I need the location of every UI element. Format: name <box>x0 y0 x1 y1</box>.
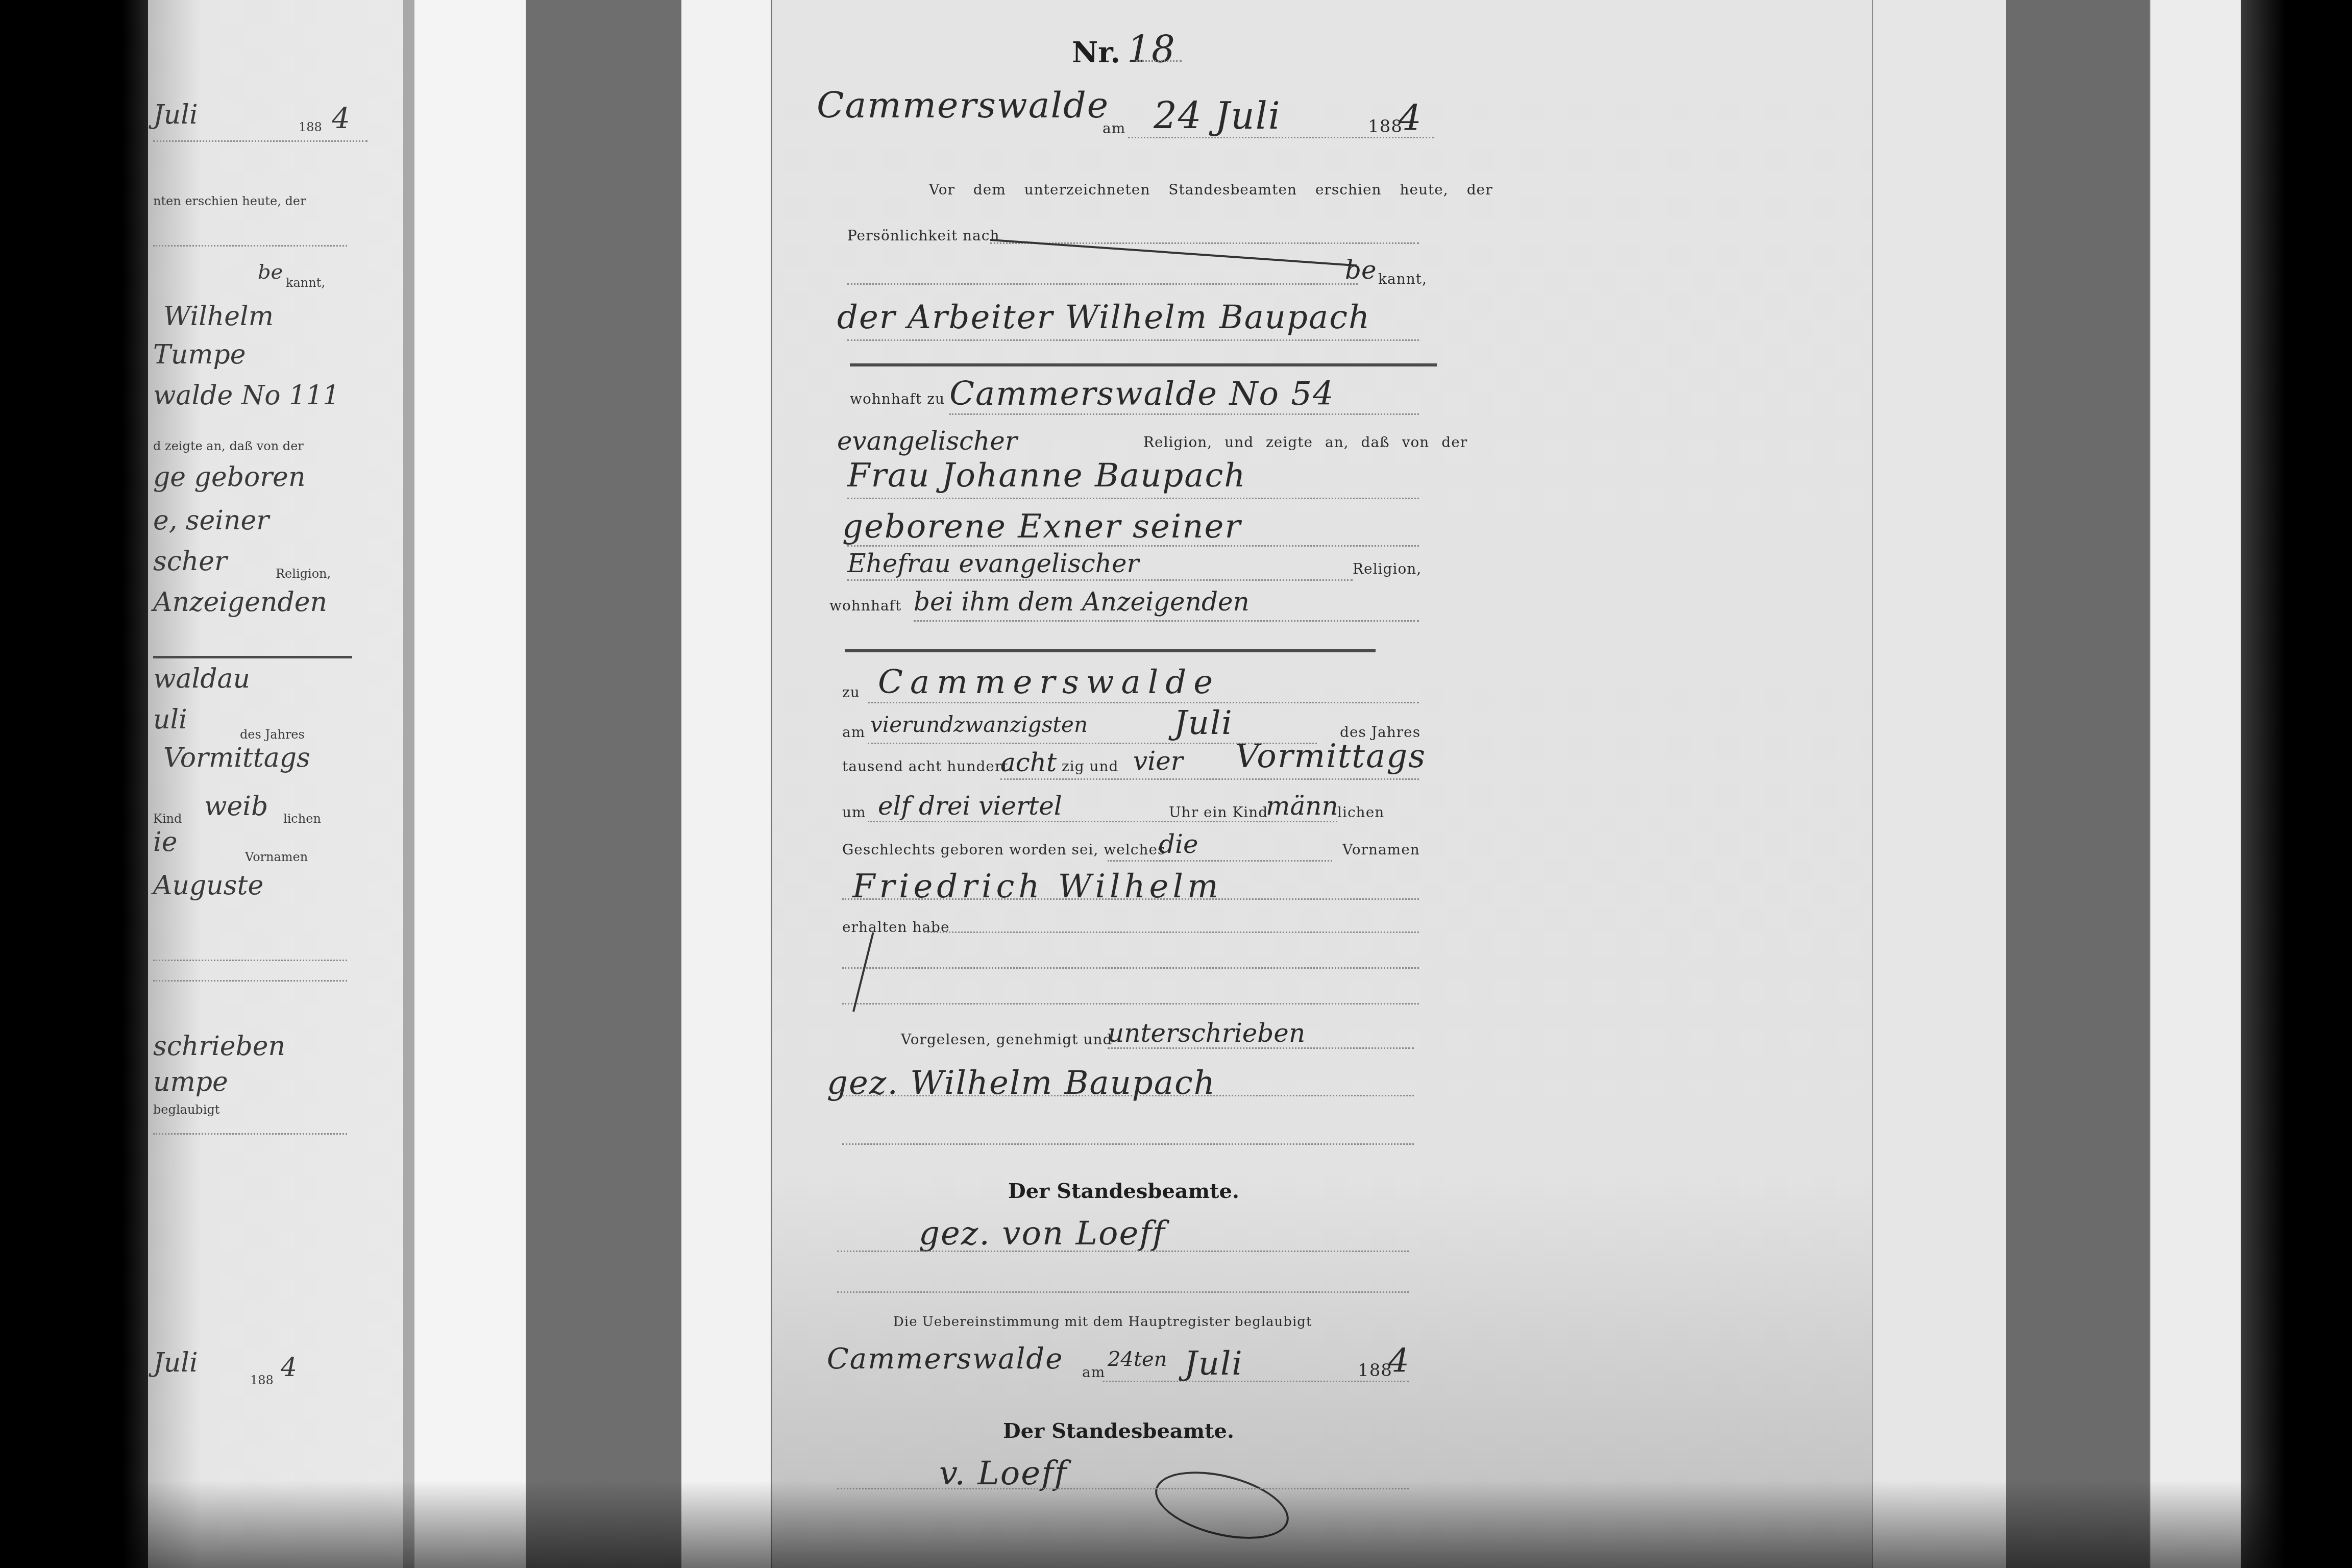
cert-year-prefix: 188 <box>1358 1360 1392 1381</box>
names-article: die <box>1159 829 1198 859</box>
sex-line-print: Geschlechts geboren worden sei, welches <box>842 841 1165 858</box>
time-value: elf drei viertel <box>878 791 1062 821</box>
official-line <box>837 1251 1409 1252</box>
date-line <box>1128 137 1434 138</box>
intro-text: Vor dem unterzeichneten Standesbeamten e… <box>929 181 1493 198</box>
lp-hand-12: schrieben <box>153 1031 285 1062</box>
film-separator-strip <box>526 0 681 1568</box>
lp-print-1: d zeigte an, daß von der <box>153 439 304 453</box>
mother-line-2-rule <box>847 545 1419 547</box>
year-text-print: tausend acht hundert <box>842 758 1009 775</box>
lp-dotted-line <box>153 245 347 247</box>
entry-number: 18 <box>1127 28 1176 71</box>
mother-line-3-print: Religion, <box>1353 560 1422 577</box>
year-zig-und: zig und <box>1062 758 1119 775</box>
cert-place: Cammerswalde <box>827 1342 1063 1376</box>
cert-month: Juli <box>1184 1345 1243 1383</box>
residence-value: Cammerswalde No 54 <box>949 375 1335 413</box>
official-title-1: Der Standesbeamte. <box>1008 1179 1239 1203</box>
mother-residence: bei ihm dem Anzeigenden <box>914 587 1249 617</box>
cert-am: am <box>1082 1364 1105 1381</box>
mother-residence-rule <box>914 620 1419 622</box>
year-tens: acht <box>1000 748 1057 777</box>
lp-beglaubigt: beglaubigt <box>153 1102 219 1117</box>
lp-dotted-line <box>153 980 347 982</box>
lp-hand-13: umpe <box>153 1067 228 1097</box>
paper-gap <box>414 0 526 1568</box>
identity-label: Persönlichkeit nach <box>847 227 1000 244</box>
lp-cert-hand: Juli <box>153 1347 198 1378</box>
lp-section-rule <box>153 656 352 658</box>
names-line <box>1108 860 1332 862</box>
lp-dotted-line <box>153 140 367 142</box>
year-units: vier <box>1133 746 1183 776</box>
lp-year-suffix: 4 <box>332 102 350 135</box>
year-prefix: 188 <box>1368 116 1403 137</box>
official-title-2: Der Standesbeamte. <box>1003 1419 1234 1443</box>
film-vignette-left <box>0 0 153 1568</box>
time-of-day: Vormittags <box>1235 738 1426 775</box>
identity-suffix-hand: be <box>1345 255 1377 285</box>
cert-day: 24ten <box>1108 1347 1167 1371</box>
signature-line <box>842 1095 1414 1096</box>
mother-line-1-rule <box>847 498 1419 499</box>
lp-cert-year-suffix: 4 <box>281 1353 297 1382</box>
time-label: um <box>842 804 866 821</box>
lp-date-hand: Juli <box>153 100 198 130</box>
approval-line <box>1108 1047 1414 1049</box>
identity-line-2 <box>847 283 1358 285</box>
year-line <box>1000 778 1419 780</box>
am-label: am <box>1102 120 1125 137</box>
official-signature-2: v. Loeff <box>939 1455 1068 1492</box>
lp-kind: Kind <box>153 812 182 826</box>
lp-intro: nten erschien heute, der <box>153 194 306 208</box>
cert-year-suffix: 4 <box>1388 1342 1410 1380</box>
blank-line <box>842 967 1419 969</box>
lp-hand-4: scher <box>153 546 227 577</box>
birth-day: vierundzwanzigsten <box>870 712 1088 737</box>
lp-name-2: Tumpe <box>153 339 246 370</box>
lp-hand-5: Anzeigenden <box>153 587 327 618</box>
lp-hand-9: weib <box>204 791 268 822</box>
lp-religion: Religion, <box>276 567 331 581</box>
lp-cert-year-prefix: 188 <box>250 1373 274 1387</box>
residence-label: wohnhaft zu <box>850 390 945 407</box>
section-rule <box>850 363 1437 366</box>
sex-suffix: lichen <box>1337 804 1384 821</box>
lp-hand-6: waldau <box>153 664 250 694</box>
sex-value: männ <box>1266 791 1338 821</box>
received-label: erhalten habe <box>842 919 950 936</box>
lp-hand-3: e, seiner <box>153 505 269 536</box>
lp-known-hand: be <box>258 260 283 284</box>
mother-line-1: Frau Johanne Baupach <box>847 457 1246 495</box>
lp-dotted-line <box>153 1133 347 1135</box>
right-page-edge <box>2149 0 2242 1568</box>
approval-hand: unterschrieben <box>1108 1018 1305 1048</box>
time-line <box>868 821 1337 822</box>
lp-hand-11: Auguste <box>153 870 263 901</box>
film-vignette-right <box>2241 0 2352 1568</box>
lp-jahres: des Jahres <box>240 727 305 742</box>
date-handwritten: 24 Juli <box>1154 94 1281 137</box>
blank-line <box>924 932 1419 933</box>
child-names-line <box>842 898 1419 900</box>
cert-line <box>1102 1381 1409 1382</box>
declarant-line <box>847 339 1419 341</box>
entry-number-block: Nr. 18 <box>1072 28 1176 71</box>
lp-vornamen: Vornamen <box>245 850 308 864</box>
entry-number-label: Nr. <box>1072 36 1120 69</box>
residence-line <box>949 413 1419 415</box>
paper-gap <box>1873 0 2008 1568</box>
certification-text: Die Uebereinstimmung mit dem Hauptregist… <box>893 1314 1312 1330</box>
mother-residence-label: wohnhaft <box>829 597 901 614</box>
entry-number-line <box>1136 60 1182 62</box>
signature-line-2 <box>842 1143 1414 1145</box>
lp-lichen: lichen <box>283 812 321 826</box>
lp-dotted-line <box>153 960 347 961</box>
lp-known-print: kannt, <box>286 276 325 290</box>
religion-text: Religion, und zeigte an, daß von der <box>1143 434 1467 451</box>
birth-month: Juli <box>1174 704 1233 742</box>
religion-value: evangelischer <box>837 426 1017 456</box>
lp-hand-8: Vormittags <box>163 743 310 773</box>
birthplace-label: zu <box>842 684 860 701</box>
blank-line <box>842 1003 1419 1004</box>
mother-line-3-hand: Ehefrau evangelischer <box>847 549 1139 578</box>
birthplace-value: Cammerswalde <box>878 664 1220 701</box>
approval-print: Vorgelesen, genehmigt und <box>901 1031 1112 1048</box>
birthplace-line <box>868 702 1419 703</box>
left-page-fragment <box>148 0 413 1568</box>
official-line-2 <box>837 1291 1409 1293</box>
birth-day-label: am <box>842 724 865 741</box>
place-handwritten: Cammerswalde <box>817 84 1109 126</box>
time-suffix: Uhr ein Kind <box>1169 804 1268 821</box>
lp-name-1: Wilhelm <box>163 301 274 332</box>
mother-line-2: geborene Exner seiner <box>842 508 1241 546</box>
paper-gap <box>681 0 771 1568</box>
official-line-3 <box>837 1488 1409 1489</box>
mother-line-3-rule <box>847 579 1353 581</box>
lp-hand-10: ie <box>153 827 177 857</box>
lp-year-prefix: 188 <box>299 120 322 134</box>
section-rule <box>845 649 1376 652</box>
lp-residence: walde No 111 <box>153 380 339 411</box>
lp-hand-2: ge geboren <box>153 462 305 493</box>
official-signature-1: gez. von Loeff <box>919 1215 1166 1253</box>
identity-suffix-print: kannt, <box>1378 271 1427 287</box>
year-suffix: 4 <box>1399 97 1423 139</box>
left-page-edge <box>403 0 414 1568</box>
lp-hand-7: uli <box>153 704 187 735</box>
film-separator-strip <box>2006 0 2149 1568</box>
declarant-name: der Arbeiter Wilhelm Baupach <box>837 299 1370 336</box>
names-label: Vornamen <box>1342 841 1420 858</box>
